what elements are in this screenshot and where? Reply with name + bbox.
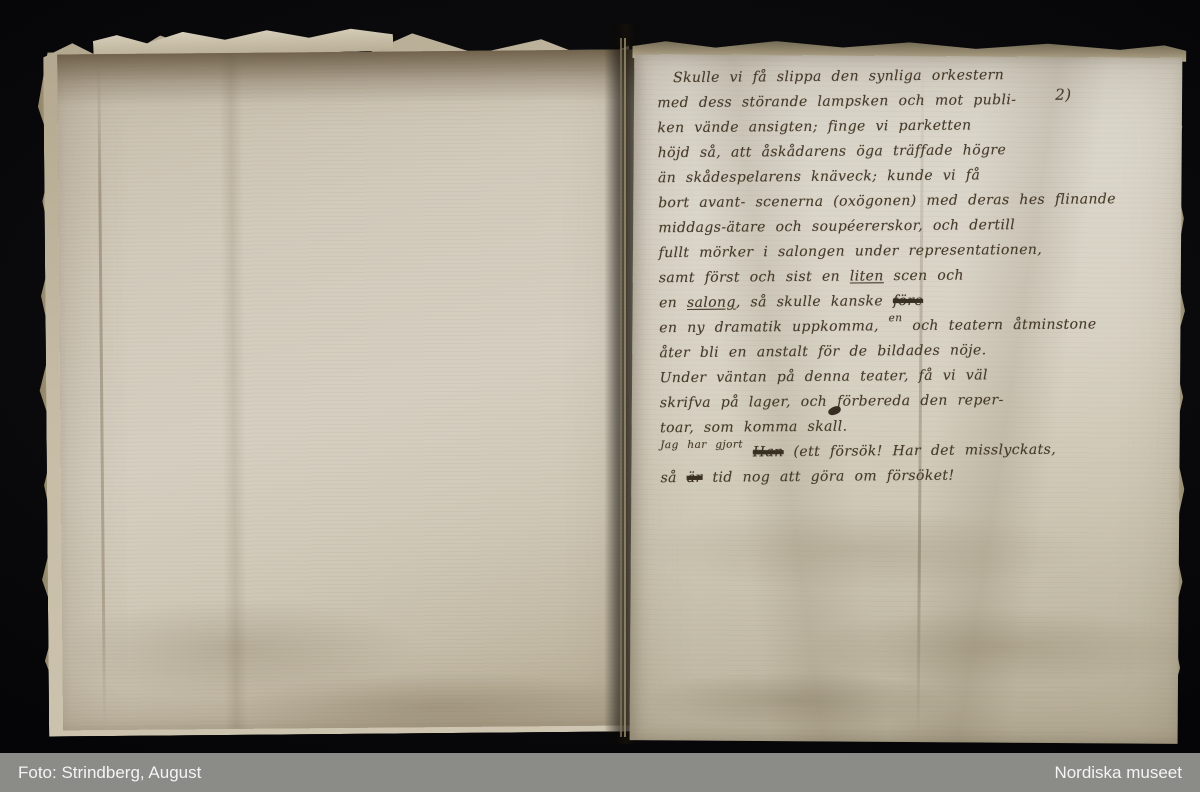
underlined-word: liten — [850, 268, 884, 284]
manuscript-line-text: så — [660, 470, 686, 486]
underlined-word: salong — [687, 295, 736, 311]
manuscript-line-text: en — [659, 295, 687, 311]
manuscript-line-text: scen och — [884, 268, 964, 285]
right-page: Skulle vi få slippa den synliga orkester… — [626, 32, 1191, 752]
manuscript-line-text: en ny dramatik uppkomma, — [659, 318, 889, 336]
struck-word: Han — [753, 444, 784, 460]
photo-credit: Foto: Strindberg, August — [18, 763, 201, 783]
manuscript-line-text: samt först och sist en — [659, 269, 850, 287]
manuscript-line-text: och teatern åtminstone — [912, 316, 1096, 334]
manuscript-line-text: med dess störande lampsken och mot publi… — [657, 92, 1016, 111]
manuscript-line-text: , så skulle kanske — [736, 293, 893, 310]
left-page-blank-sheet — [57, 49, 641, 730]
manuscript-line-text: toar, som komma skall. — [660, 419, 847, 437]
page-number-note: 2) — [1055, 83, 1071, 108]
inserted-phrase: Jag har gjort — [660, 444, 743, 445]
struck-word: är — [687, 470, 703, 486]
museum-name: Nordiska museet — [1054, 763, 1182, 783]
struck-word: före — [893, 293, 923, 309]
photo-backdrop: Skulle vi få slippa den synliga orkester… — [0, 0, 1200, 792]
caption-bar: Foto: Strindberg, August Nordiska museet — [0, 753, 1200, 792]
manuscript-line-text: tid nog att göra om försöket! — [712, 468, 954, 486]
left-page — [33, 17, 643, 740]
manuscript-line-text: (ett försök! Har det misslyckats, — [793, 442, 1056, 460]
handwritten-text-block: Skulle vi få slippa den synliga orkester… — [657, 62, 1166, 491]
manuscript-line: så är tid nog att göra om försöket! — [660, 462, 1165, 491]
